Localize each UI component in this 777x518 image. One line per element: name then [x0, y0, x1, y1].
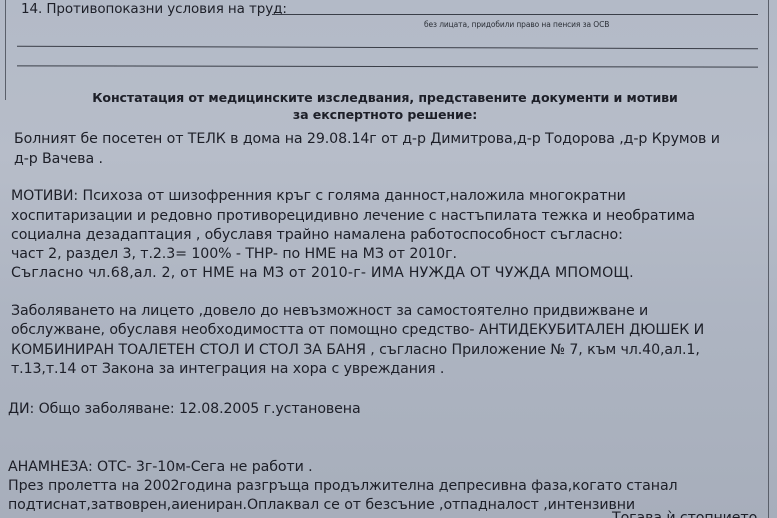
form-border-right	[768, 0, 769, 518]
disease-line-3: КОМБИНИРАН ТОАЛЕТЕН СТОЛ И СТОЛ ЗА БАНЯ …	[11, 342, 700, 358]
visit-line-1: Болният бе посетен от ТЕЛК в дома на 29.…	[14, 131, 720, 147]
anamnesis-line-2: През пролетта на 2002година разгръща про…	[8, 478, 678, 494]
disease-line-1: Заболяването на лицето ,довело до невъзм…	[11, 303, 648, 319]
item-14-fill-line-3[interactable]	[17, 65, 758, 67]
section-title-line1: Констатация от медицинските изследвания,…	[80, 90, 690, 105]
anamnesis-line-3: подтиснат,затвоврен,аиениран.Оплаквал се…	[8, 497, 635, 513]
section-title-line2: за експертното решение:	[80, 107, 690, 122]
anamnesis-line-4-partial: Тогава ѝ стопнието	[612, 510, 757, 518]
disease-line-2: обслужване, обуславя необходимостта от п…	[11, 322, 704, 338]
item-14-hint: без лицата, придобили право на пенсия за…	[424, 20, 609, 29]
motives-line-2: хоспитаризации и редовно противорецидивн…	[11, 208, 695, 224]
disease-line-4: т.13,т.14 от Закона за интеграция на хор…	[11, 361, 444, 377]
motives-line-4: част 2, раздел 3, т.2.3= 100% - ТНР- по …	[11, 246, 457, 262]
diagnosis-line: ДИ: Общо заболяване: 12.08.2005 г.устано…	[8, 401, 361, 417]
item-14-fill-line-2[interactable]	[17, 46, 758, 50]
anamnesis-line-1: АНАМНЕЗА: ОТС- 3г-10м-Сега не работи .	[8, 459, 313, 475]
motives-line-3: социална дезадаптация , обуславя трайно …	[11, 227, 623, 243]
visit-line-2: д-р Вачева .	[14, 151, 103, 167]
document-page: 14. Противопоказни условия на труд: без …	[0, 0, 777, 518]
motives-line-5: Съгласно чл.68,ал. 2, от НМЕ на МЗ от 20…	[11, 265, 634, 281]
item-14-fill-line[interactable]	[272, 14, 758, 15]
form-border-left	[5, 0, 6, 100]
motives-line-1: МОТИВИ: Психоза от шизофренния кръг с го…	[11, 188, 626, 204]
item-14-label: 14. Противопоказни условия на труд:	[21, 1, 287, 17]
